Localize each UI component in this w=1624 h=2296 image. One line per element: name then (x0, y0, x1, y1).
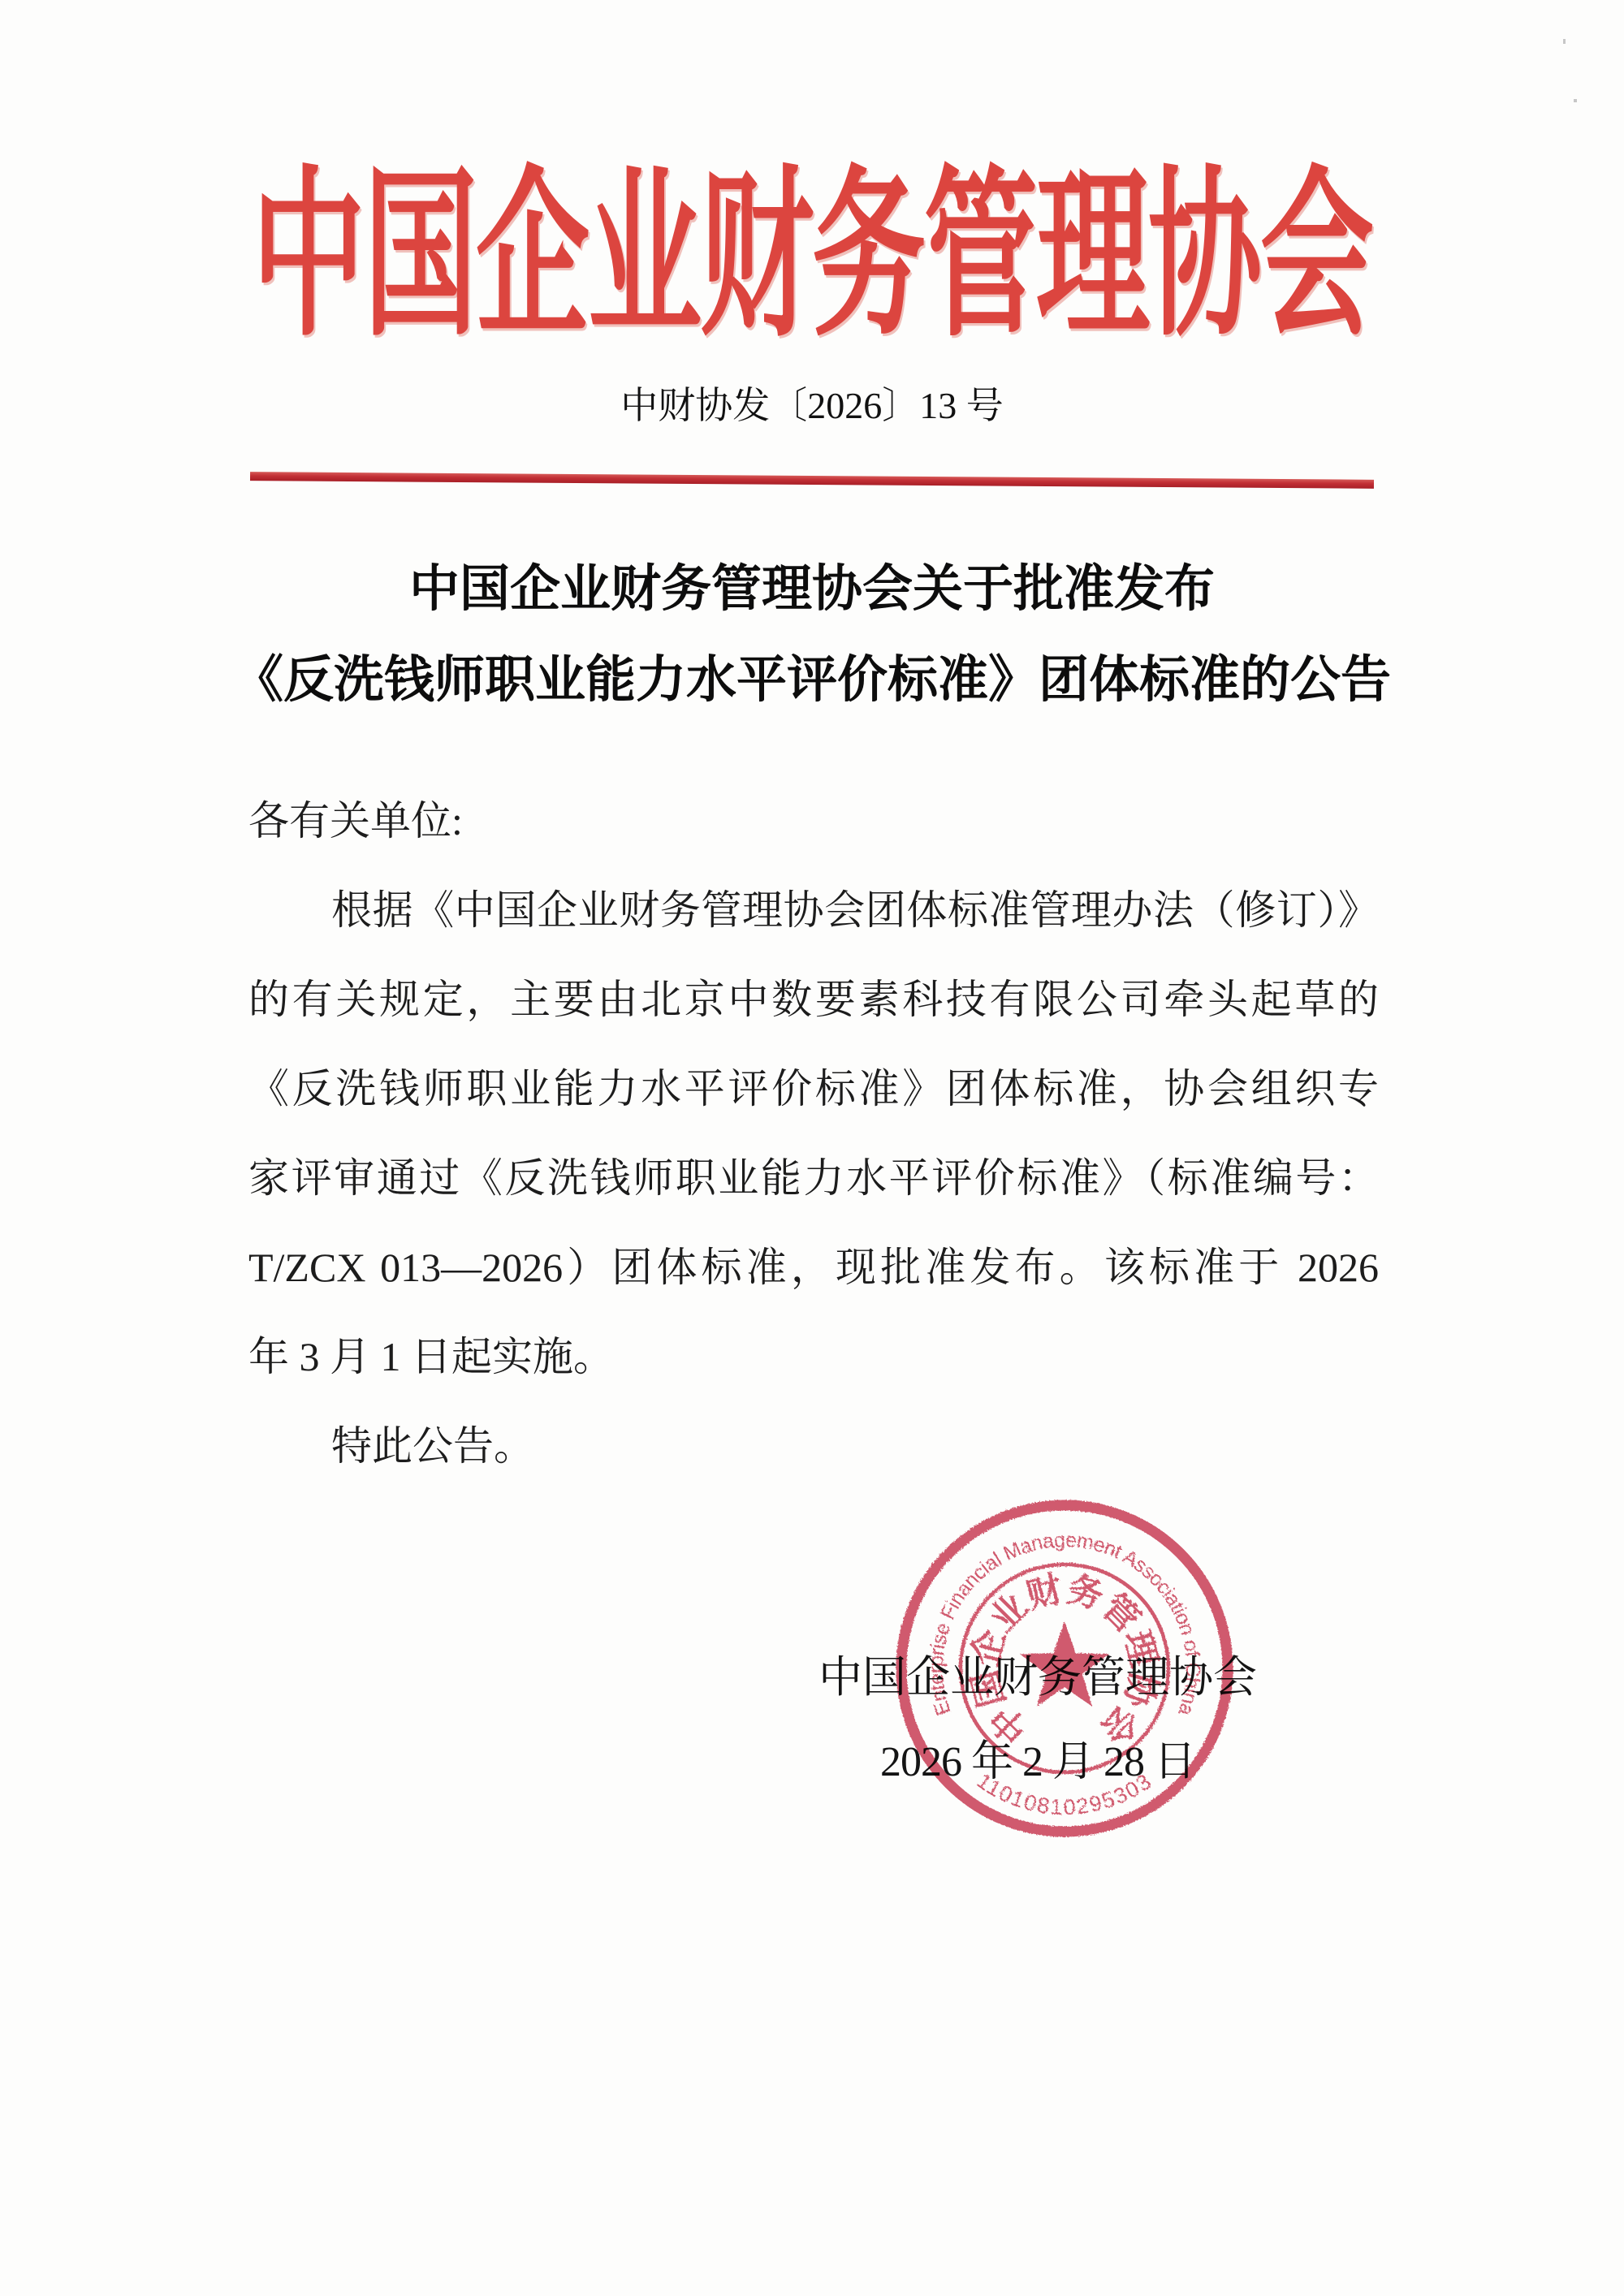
title-line-1: 中国企业财务管理协会关于批准发布 (0, 544, 1624, 635)
body-line-3: 《反洗钱师职业能力水平评价标准》团体标准，协会组织专 (248, 1044, 1379, 1133)
document-body: 各有关单位: 根据《中国企业财务管理协会团体标准管理办法（修订）》 的有关规定，… (248, 776, 1379, 1491)
body-line-1: 根据《中国企业财务管理协会团体标准管理办法（修订）》 (248, 865, 1379, 955)
scanned-announcement-page: 中国企业财务管理协会 中财协发〔2026〕13 号 中国企业财务管理协会关于批准… (0, 0, 1624, 2296)
body-line-5: T/ZCX 013—2026）团体标准，现批准发布。该标准于 2026 (248, 1223, 1379, 1312)
body-line-4: 家评审通过《反洗钱师职业能力水平评价标准》（标准编号： (248, 1133, 1379, 1223)
official-red-seal-icon: Enterprise Financial Management Associat… (886, 1490, 1243, 1847)
seal-star-icon (1020, 1621, 1109, 1707)
title-line-2: 《反洗钱师职业能力水平评价标准》团体标准的公告 (0, 635, 1624, 726)
red-separator-rule (250, 472, 1374, 489)
salutation: 各有关单位: (248, 776, 1379, 865)
closing-phrase: 特此公告。 (248, 1401, 1379, 1491)
scan-speck (1574, 99, 1577, 102)
document-number: 中财协发〔2026〕13 号 (0, 382, 1624, 430)
scan-speck (1563, 39, 1566, 44)
announcement-title: 中国企业财务管理协会关于批准发布 《反洗钱师职业能力水平评价标准》团体标准的公告 (0, 544, 1624, 726)
body-line-2: 的有关规定，主要由北京中数要素科技有限公司牵头起草的 (248, 955, 1379, 1044)
letterhead-org-name: 中国企业财务管理协会 (0, 167, 1624, 349)
body-line-6: 年 3 月 1 日起实施。 (248, 1312, 1379, 1401)
seal-code-text: 11010810295303 (973, 1768, 1157, 1819)
